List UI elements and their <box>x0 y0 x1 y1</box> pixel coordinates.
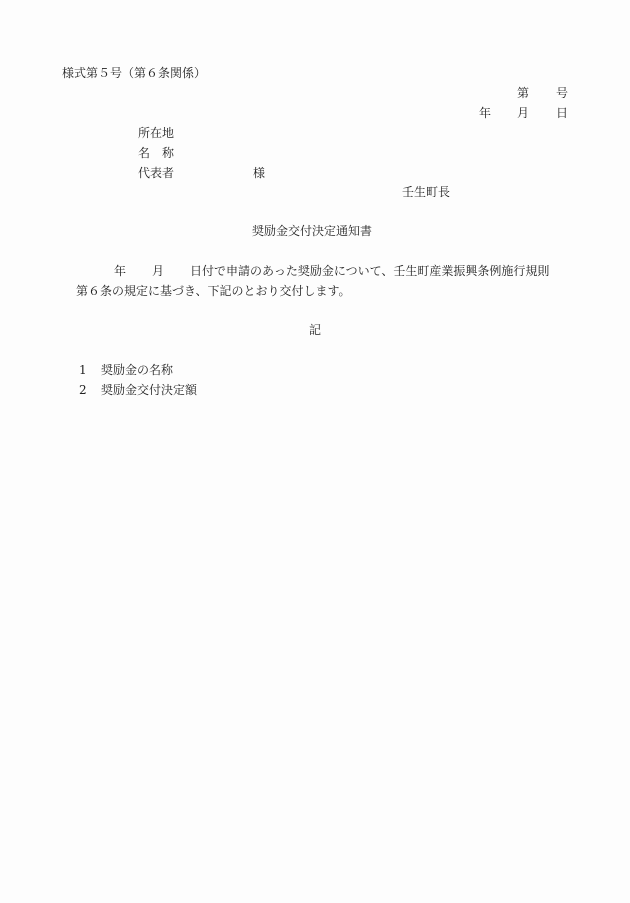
ki-heading: 記 <box>309 323 321 337</box>
date-month-label: 月 <box>517 106 529 120</box>
doc-number-suffix: 号 <box>556 86 568 100</box>
date-year-label: 年 <box>479 106 491 120</box>
document-title: 奨励金交付決定通知書 <box>252 224 372 238</box>
body-line-2: 第６条の規定に基づき、下記のとおり交付します。 <box>76 284 351 298</box>
item-label: 奨励金の名称 <box>101 363 173 377</box>
form-number: 様式第５号（第６条関係） <box>62 66 206 80</box>
body-line-1: 日付で申請のあった奨励金について、壬生町産業振興条例施行規則 <box>190 264 549 278</box>
body-date-month: 月 <box>152 264 164 278</box>
item-number: 1 <box>79 363 87 377</box>
item-number: 2 <box>79 383 87 397</box>
name-label: 名 称 <box>138 146 174 160</box>
doc-number-prefix: 第 <box>517 86 529 100</box>
location-label: 所在地 <box>138 126 174 140</box>
item-label: 奨励金交付決定額 <box>101 383 197 397</box>
representative-label: 代表者 <box>138 166 174 180</box>
issuer-mayor: 壬生町長 <box>402 185 450 199</box>
date-day-label: 日 <box>556 106 568 120</box>
body-date-year: 年 <box>114 264 126 278</box>
honorific-sama: 様 <box>253 166 265 180</box>
